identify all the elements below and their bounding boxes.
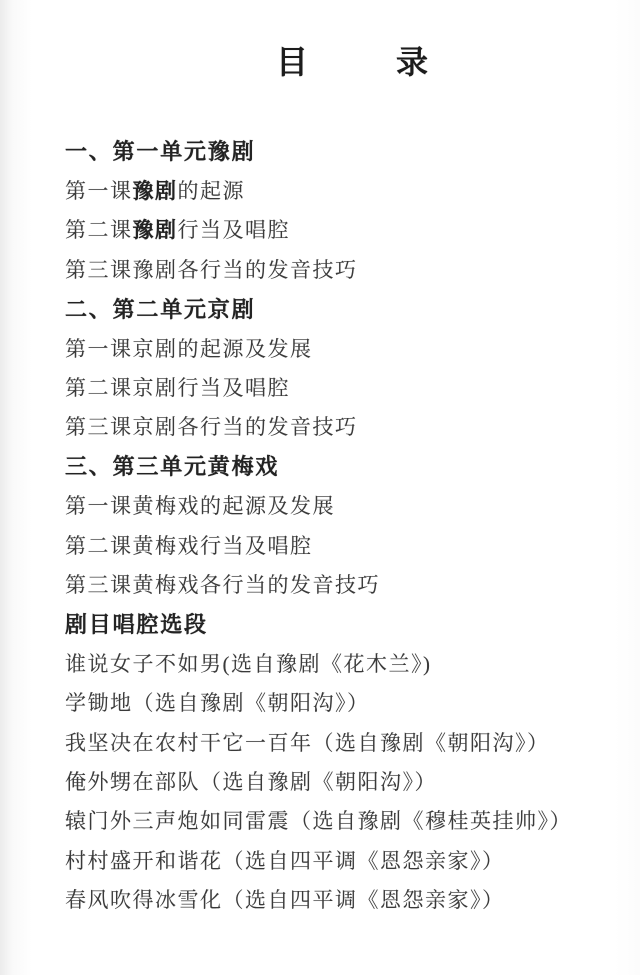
toc-entry-text: 一、第一单元豫剧 (65, 135, 255, 166)
toc-entry-text: 第三课京剧各行当的发音技巧 (65, 411, 358, 441)
toc-entry-text: 三、第三单元黄梅戏 (65, 450, 279, 481)
toc-entry-text: 第二课京剧行当及唱腔 (65, 372, 290, 402)
page-title-char-2: 录 (396, 44, 428, 80)
toc-entry: 第二课豫剧行当及唱腔 (65, 210, 630, 249)
toc-entry: 第一课京剧的起源及发展 (65, 328, 630, 367)
toc-entry: 春风吹得冰雪化（选自四平调《恩怨亲家》） (65, 879, 630, 918)
toc-page: 目 录 一、第一单元豫剧第一课豫剧的起源第二课豫剧行当及唱腔第三课豫剧各行当的发… (0, 0, 640, 975)
toc-entry: 村村盛开和谐花（选自四平调《恩怨亲家》） (65, 840, 630, 879)
toc-list: 一、第一单元豫剧第一课豫剧的起源第二课豫剧行当及唱腔第三课豫剧各行当的发音技巧二… (65, 131, 630, 919)
toc-section-heading: 二、第二单元京剧 (65, 289, 630, 328)
toc-section-heading: 一、第一单元豫剧 (65, 131, 630, 170)
toc-entry-text: 剧目唱腔选段 (65, 608, 208, 639)
toc-entry-text: 春风吹得冰雪化（选自四平调《恩怨亲家》） (65, 884, 505, 914)
toc-section-heading: 剧目唱腔选段 (65, 604, 630, 643)
toc-entry: 第一课豫剧的起源 (65, 170, 630, 209)
toc-entry-text: 第二课 (65, 214, 133, 244)
toc-entry-text: 谁说女子不如男(选自豫剧《花木兰》) (65, 648, 432, 678)
toc-entry-text: 第三课豫剧各行当的发音技巧 (65, 254, 358, 284)
toc-entry: 第三课黄梅戏各行当的发音技巧 (65, 564, 630, 603)
toc-entry: 第三课豫剧各行当的发音技巧 (65, 249, 630, 288)
toc-entry-text: 第一课京剧的起源及发展 (65, 333, 313, 363)
toc-entry-text: 村村盛开和谐花（选自四平调《恩怨亲家》） (65, 845, 505, 875)
toc-entry: 学锄地（选自豫剧《朝阳沟》） (65, 682, 630, 721)
toc-entry: 第二课京剧行当及唱腔 (65, 367, 630, 406)
toc-entry-text: 第一课黄梅戏的起源及发展 (65, 490, 335, 520)
toc-entry-text: 的起源 (178, 175, 246, 205)
toc-section-heading: 三、第三单元黄梅戏 (65, 446, 630, 485)
toc-entry: 第三课京剧各行当的发音技巧 (65, 407, 630, 446)
toc-entry: 我坚决在农村干它一百年（选自豫剧《朝阳沟》） (65, 722, 630, 761)
toc-entry-text: 第三课黄梅戏各行当的发音技巧 (65, 569, 380, 599)
page-title: 目 录 (64, 44, 640, 80)
toc-entry-text: 二、第二单元京剧 (65, 293, 255, 324)
toc-entry-text: 俺外甥在部队（选自豫剧《朝阳沟》） (65, 766, 437, 796)
toc-entry-text: 辕门外三声炮如同雷震（选自豫剧《穆桂英挂帅》） (65, 805, 572, 835)
toc-entry-text: 第一课 (65, 175, 133, 205)
toc-entry-text: 行当及唱腔 (178, 214, 291, 244)
toc-entry-text: 学锄地（选自豫剧《朝阳沟》） (65, 687, 370, 717)
toc-entry: 俺外甥在部队（选自豫剧《朝阳沟》） (65, 761, 630, 800)
toc-entry: 第一课黄梅戏的起源及发展 (65, 486, 630, 525)
page-title-char-1: 目 (276, 44, 308, 80)
toc-entry: 谁说女子不如男(选自豫剧《花木兰》) (65, 643, 630, 682)
toc-entry: 辕门外三声炮如同雷震（选自豫剧《穆桂英挂帅》） (65, 801, 630, 840)
toc-entry-text: 豫剧 (133, 214, 178, 244)
toc-entry-text: 第二课黄梅戏行当及唱腔 (65, 530, 313, 560)
toc-entry-text: 我坚决在农村干它一百年（选自豫剧《朝阳沟》） (65, 727, 550, 757)
toc-entry: 第二课黄梅戏行当及唱腔 (65, 525, 630, 564)
toc-entry-text: 豫剧 (133, 175, 178, 205)
